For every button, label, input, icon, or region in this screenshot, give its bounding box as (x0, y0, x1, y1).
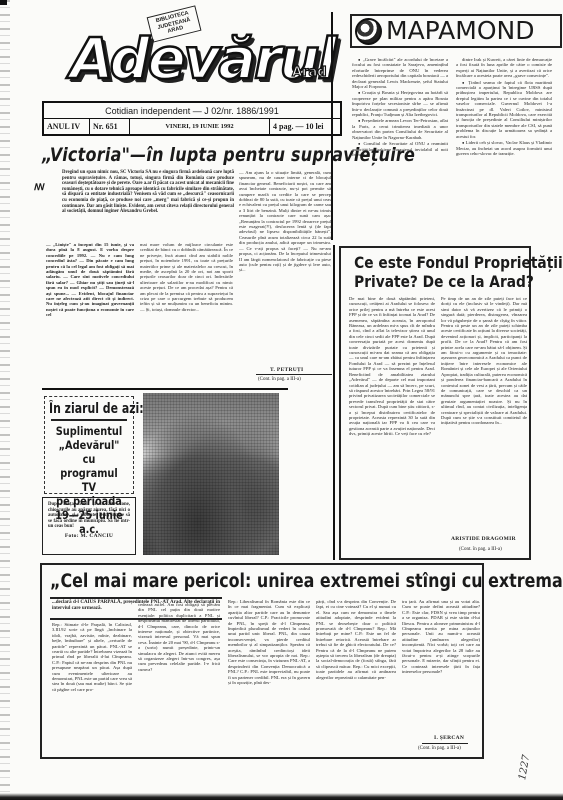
fpp-signature: ARISTIDE DRAGOMIR (451, 536, 516, 542)
column-rule (331, 12, 333, 240)
newspaper-logo: Adevărul (70, 27, 335, 92)
news-item: Liderii ceh și slovac, Vaclav Klaus și V… (456, 140, 552, 156)
interview-col-5: tru țară. Au afirmat una și au votat alt… (402, 599, 480, 675)
masthead: BIBLIOTECA JUDEȚEANĂ ARAD Adevărul Arad … (42, 5, 290, 139)
news-item: Ținînd seama de faptul că flota maritimă… (456, 80, 552, 139)
pages-price: 4 pag. — 10 lei (270, 119, 340, 134)
article-intro: Dregînd un span nimic nou, SC Victoria S… (62, 170, 234, 215)
scan-edge (0, 0, 10, 800)
interview-article: „Cel mai mare pericol: unirea extremei s… (40, 563, 484, 759)
news-item: dintre Irak și Kuweit, a cărei linie de … (456, 57, 552, 79)
issue-date: VINERI, 19 IUNIE 1992 (130, 119, 270, 134)
fpp-title-line-1: Ce este Fondul Proprietății (354, 253, 516, 272)
photo-caption-box: După Piața Gării și în alte zone, chioșc… (42, 497, 136, 555)
fpp-col-1: De mai bine de două săptămîni prieteni, … (349, 296, 435, 437)
issue-number: Nr. 651 (90, 119, 130, 134)
signature-rule (256, 374, 332, 375)
fpp-continuation: (Cont. în pag. a III-a) (459, 547, 502, 552)
in-ziarul-box: În ziarul de azi: Suplimentul „Adevărul"… (44, 396, 134, 494)
interview-col-1: Rep.: Stimate d-le Parpală, în Calistrul… (52, 622, 132, 692)
photo-caption: După Piața Gării și în alte zone, chioșc… (43, 498, 135, 530)
interview-col-2: cedează astfel. Am fost obligați să plec… (138, 602, 220, 672)
column-rule (333, 245, 335, 560)
photo-credit: Foto: M. CANCIU (43, 533, 135, 539)
news-item: Croația și Bosnia și Herțegovina au hotă… (352, 90, 448, 117)
newspaper-logo-sub: Arad (292, 65, 327, 80)
pen-mark: ꟿ (34, 182, 45, 193)
in-ziarul-title: În ziarul de azi: (49, 401, 115, 417)
mapamond-col-2: dintre Irak și Kuweit, a cărei linie de … (456, 57, 552, 157)
article-col-3: — Am ajuns la o situație limită, general… (239, 170, 331, 273)
article-headline: „Victoria"—în lupta pentru supraviețuire (42, 144, 415, 166)
interview-col-4: părți, cînd s-a desprins din Convenție. … (316, 599, 396, 680)
section-rule (42, 388, 288, 390)
article-signature: T. PETRUȚI (270, 367, 303, 373)
fpp-article: Ce este Fondul Proprietății Private? De … (339, 246, 531, 560)
tagline: Cotidian independent — J 02/nr. 1886/199… (44, 103, 340, 119)
scan-bottom-edge (0, 793, 563, 800)
victoria-article: „Victoria"—în lupta pentru supraviețuire… (40, 140, 330, 380)
interview-signature: I. ȘERCAN (434, 735, 464, 741)
street-photo (143, 393, 279, 555)
fpp-col-2: Pe timp de un an de zile puteți face tot… (441, 296, 527, 426)
globe-icon (355, 18, 382, 45)
interview-headline: „Cel mai mare pericol: unirea extremei s… (50, 571, 563, 592)
scan-corner-mark (0, 0, 7, 5)
mapamond-title: MAPAMOND (386, 16, 534, 46)
mapamond-section: MAPAMOND „Grave încălcări" ale acordului… (338, 8, 560, 238)
masthead-info-box: Cotidian independent — J 02/nr. 1886/199… (42, 101, 342, 136)
mapamond-header: MAPAMOND (350, 14, 562, 48)
interview-col-3: Rep.: Liberalismul în România este din c… (228, 599, 310, 686)
handwritten-note: 1227 (517, 754, 532, 781)
year: ANUL IV (44, 119, 90, 134)
news-item: Președintele armean Levon Ter-Petrosian,… (352, 118, 448, 140)
news-item: „Grave încălcări" ale acordului de încet… (352, 57, 448, 89)
continuation-note: (Cont. în pag. a III-a) (258, 377, 301, 382)
article-col-1: — „Liniște" a început din 15 iunie, și v… (46, 242, 134, 318)
article-col-2: mai mare volum de mijloace circulante es… (140, 242, 233, 312)
interview-continuation: (Cont. în pag. a III-a) (418, 746, 461, 751)
fpp-title-line-2: Private? De ce la Arad? (354, 272, 516, 291)
